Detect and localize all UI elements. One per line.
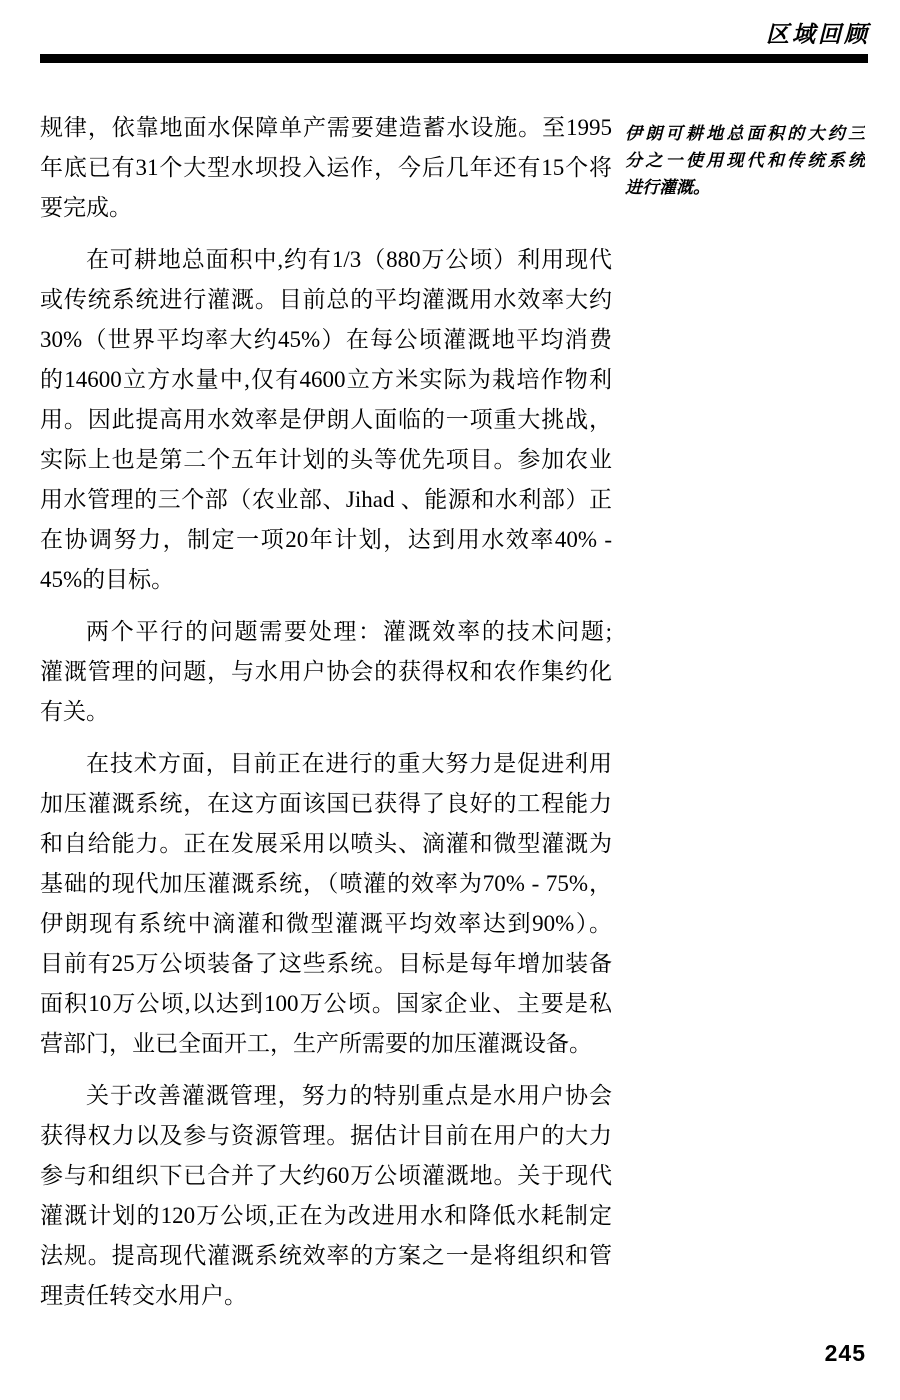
- text-line: 在协调努力，制定一项20年计划，达到用水效率40% -: [40, 520, 612, 560]
- text-line: 参与和组织下已合并了大约60万公顷灌溉地。关于现代: [40, 1156, 612, 1196]
- page-number: 245: [825, 1340, 866, 1367]
- text-line: 基础的现代加压灌溉系统，（喷灌的效率为70% - 75%，: [40, 864, 612, 904]
- text-line: 或传统系统进行灌溉。目前总的平均灌溉用水效率大约: [40, 280, 612, 320]
- paragraph: 两个平行的问题需要处理：灌溉效率的技术问题;灌溉管理的问题，与水用户协会的获得权…: [40, 612, 612, 732]
- paragraph: 关于改善灌溉管理，努力的特别重点是水用户协会获得权力以及参与资源管理。据估计目前…: [40, 1076, 612, 1316]
- text-line: 实际上也是第二个五年计划的头等优先项目。参加农业: [40, 440, 612, 480]
- paragraph: 在可耕地总面积中,约有1/3（880万公顷）利用现代或传统系统进行灌溉。目前总的…: [40, 240, 612, 600]
- margin-note-line: 进行灌溉。: [625, 174, 865, 201]
- text-line: 法规。提高现代灌溉系统效率的方案之一是将组织和管: [40, 1236, 612, 1276]
- document-page: 区域回顾 规律，依靠地面水保障单产需要建造蓄水设施。至1995年底已有31个大型…: [0, 0, 900, 1400]
- margin-note-line: 伊朗可耕地总面积的大约三: [625, 120, 865, 147]
- text-line: 加压灌溉系统，在这方面该国已获得了良好的工程能力: [40, 784, 612, 824]
- text-line: 规律，依靠地面水保障单产需要建造蓄水设施。至1995: [40, 108, 612, 148]
- page-header-title: 区域回顾: [766, 16, 870, 49]
- body-column: 规律，依靠地面水保障单产需要建造蓄水设施。至1995年底已有31个大型水坝投入运…: [40, 108, 612, 1328]
- text-line: 在可耕地总面积中,约有1/3（880万公顷）利用现代: [40, 240, 612, 280]
- margin-note-line: 分之一使用现代和传统系统: [625, 147, 865, 174]
- text-line: 30%（世界平均率大约45%）在每公顷灌溉地平均消费: [40, 320, 612, 360]
- text-line: 45%的目标。: [40, 560, 612, 600]
- text-line: 灌溉计划的120万公顷,正在为改进用水和降低水耗制定: [40, 1196, 612, 1236]
- text-line: 和自给能力。正在发展采用以喷头、滴灌和微型灌溉为: [40, 824, 612, 864]
- text-line: 灌溉管理的问题，与水用户协会的获得权和农作集约化: [40, 652, 612, 692]
- text-line: 营部门，业已全面开工，生产所需要的加压灌溉设备。: [40, 1024, 612, 1064]
- text-line: 有关。: [40, 692, 612, 732]
- text-line: 面积10万公顷,以达到100万公顷。国家企业、主要是私: [40, 984, 612, 1024]
- text-line: 理责任转交水用户。: [40, 1276, 612, 1316]
- margin-note: 伊朗可耕地总面积的大约三分之一使用现代和传统系统进行灌溉。: [625, 120, 865, 201]
- text-line: 年底已有31个大型水坝投入运作，今后几年还有15个将: [40, 148, 612, 188]
- paragraph: 在技术方面，目前正在进行的重大努力是促进利用加压灌溉系统，在这方面该国已获得了良…: [40, 744, 612, 1064]
- text-line: 用水管理的三个部（农业部、Jihad 、能源和水利部）正: [40, 480, 612, 520]
- text-line: 在技术方面，目前正在进行的重大努力是促进利用: [40, 744, 612, 784]
- text-line: 获得权力以及参与资源管理。据估计目前在用户的大力: [40, 1116, 612, 1156]
- header-rule: [40, 54, 868, 63]
- text-line: 两个平行的问题需要处理：灌溉效率的技术问题;: [40, 612, 612, 652]
- text-line: 伊朗现有系统中滴灌和微型灌溉平均效率达到90%）。: [40, 904, 612, 944]
- text-line: 的14600立方水量中,仅有4600立方米实际为栽培作物利: [40, 360, 612, 400]
- text-line: 关于改善灌溉管理，努力的特别重点是水用户协会: [40, 1076, 612, 1116]
- text-line: 用。因此提高用水效率是伊朗人面临的一项重大挑战，: [40, 400, 612, 440]
- text-line: 要完成。: [40, 188, 612, 228]
- text-line: 目前有25万公顷装备了这些系统。目标是每年增加装备: [40, 944, 612, 984]
- paragraph: 规律，依靠地面水保障单产需要建造蓄水设施。至1995年底已有31个大型水坝投入运…: [40, 108, 612, 228]
